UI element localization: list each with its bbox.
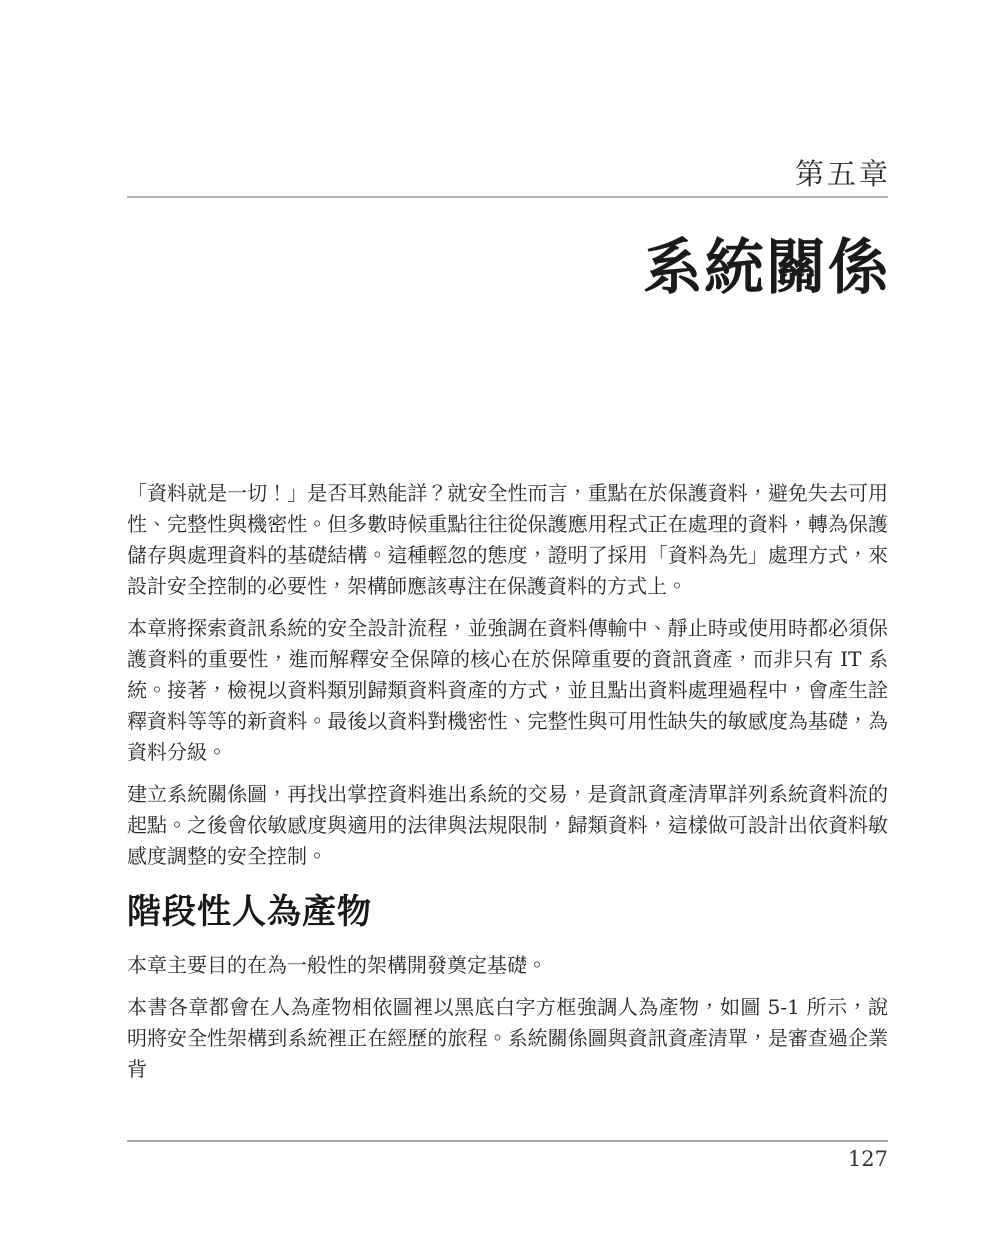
book-page: 第五章 系統關係 「資料就是一切！」是否耳熟能詳？就安全性而言，重點在於保護資料… <box>0 0 1000 1242</box>
page-number: 127 <box>848 1146 888 1172</box>
section-heading: 階段性人為產物 <box>127 892 888 932</box>
chapter-label: 第五章 <box>795 152 891 193</box>
paragraph: 本書各章都會在人為產物相依圖裡以黑底白字方框強調人為產物，如圖 5-1 所示，說… <box>127 992 888 1085</box>
paragraph: 建立系統關係圖，再找出掌控資料進出系統的交易，是資訊資產清單詳列系統資料流的起點… <box>127 779 888 872</box>
body-content: 「資料就是一切！」是否耳熟能詳？就安全性而言，重點在於保護資料，避免失去可用性、… <box>127 478 888 1096</box>
paragraph: 「資料就是一切！」是否耳熟能詳？就安全性而言，重點在於保護資料，避免失去可用性、… <box>127 478 888 602</box>
paragraph: 本章主要目的在為一般性的架構開發奠定基礎。 <box>127 950 888 981</box>
chapter-title: 系統關係 <box>642 220 890 306</box>
footer-rule <box>127 1140 888 1142</box>
paragraph: 本章將探索資訊系統的安全設計流程，並強調在資料傳輸中、靜止時或使用時都必須保護資… <box>127 613 888 768</box>
header-rule <box>127 196 888 198</box>
